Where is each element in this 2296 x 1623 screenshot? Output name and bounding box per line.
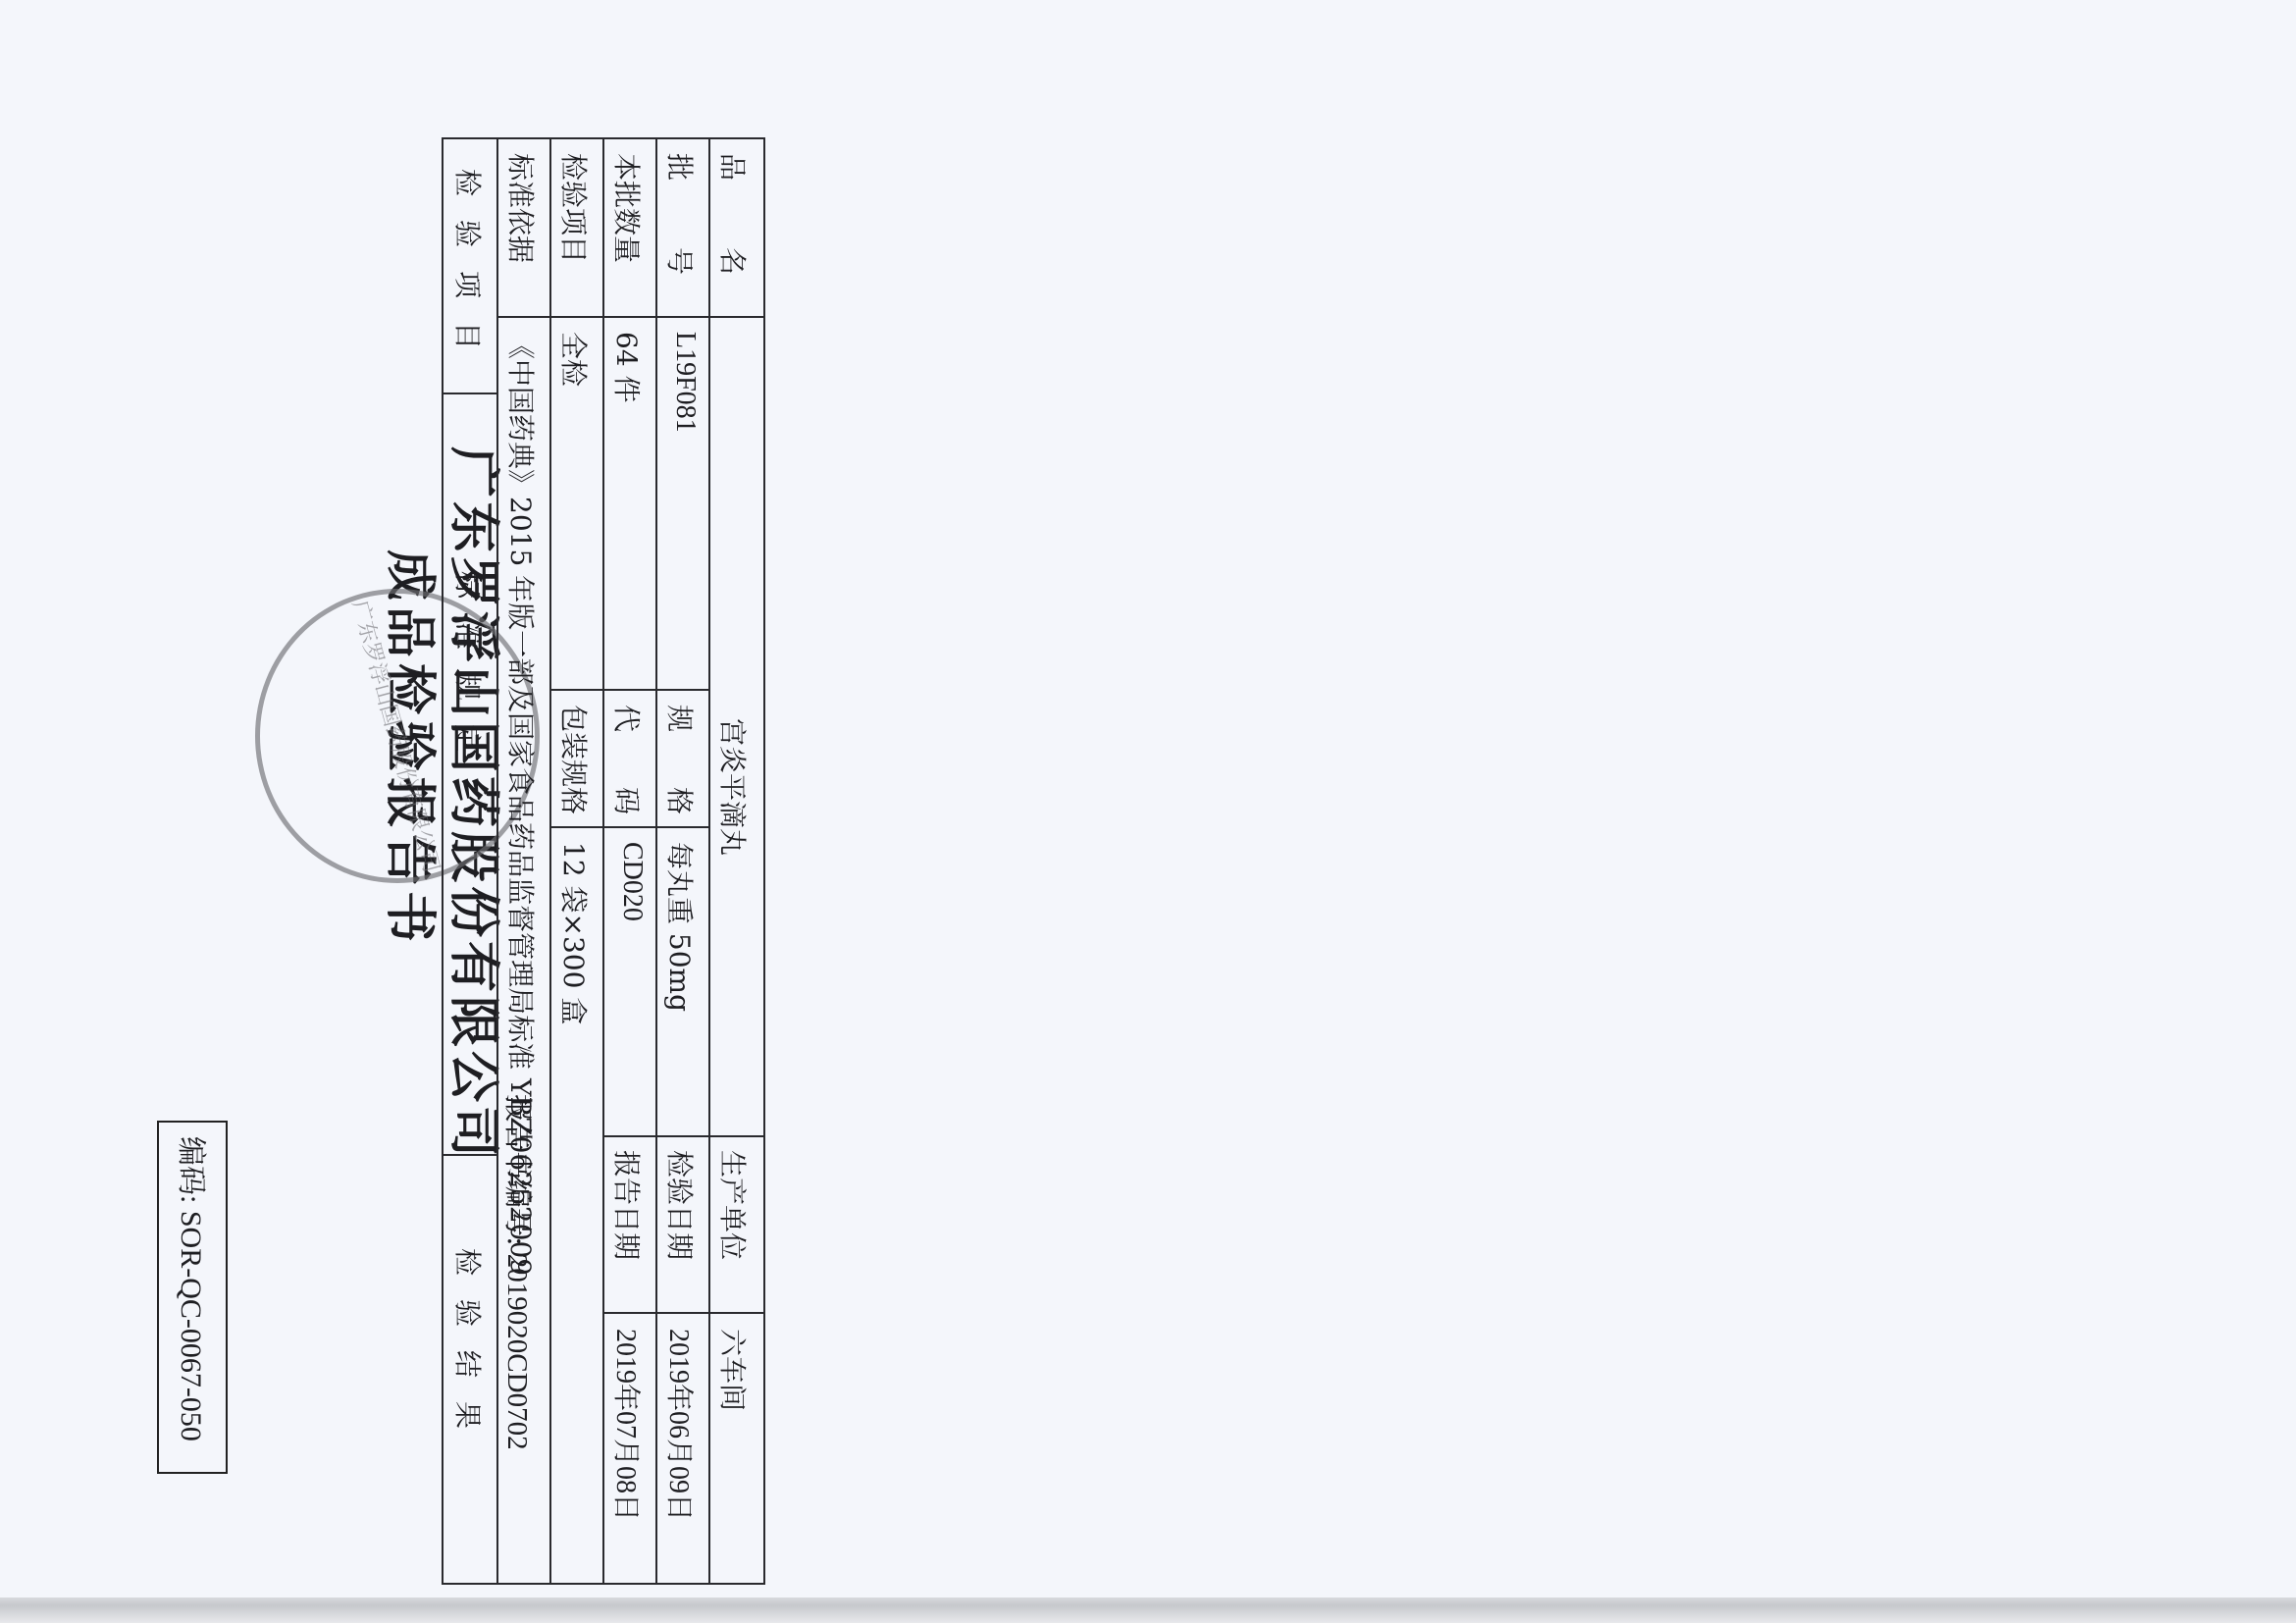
quantity: 64 件 [608,332,648,403]
inspect-items: 全检 [555,332,595,387]
product-name: 宫炎平滴丸 [714,718,754,856]
quantity-label: 本批数量 [608,153,648,263]
form-code: SOR-QC-0067-050 [175,1211,207,1441]
report-date-label: 报告日期 [608,1150,648,1260]
packaging: 12 袋×300 盒 [555,842,595,1024]
product-code: CD020 [616,842,648,921]
inspect-items-label: 检验项目 [555,153,595,263]
inspect-date: 2019年06月09日 [661,1329,701,1521]
standard-basis: 《中国药典》2015 年版一部及国家食品药品监督管理局标准 YBZ0625200… [502,332,542,1276]
col-header-item: 检验项目 [449,169,489,373]
spec: 每丸重 50mg [661,842,701,1012]
report-page: 广东罗浮山国药股份有限公司 成品检验报告书 编码: SOR-QC-0067-05… [0,0,2296,1623]
inspect-date-label: 检验日期 [661,1150,701,1260]
batch-label: 批 号 [661,153,701,294]
code-label: 代 码 [608,705,648,828]
form-code-label: 编码: [175,1136,207,1203]
standard-label: 标准依据 [502,153,542,263]
producer: 六车间 [714,1329,754,1411]
info-table: 品 名 宫炎平滴丸 生产单位 六车间 批 号 L19F081 规 格 每丸重 5… [442,137,765,1585]
col-header-standard: 标准规定 [449,571,489,775]
spec-label: 规 格 [661,705,701,828]
report-date: 2019年07月08日 [608,1329,648,1521]
producer-label: 生产单位 [714,1150,754,1260]
batch-number: L19F081 [669,332,701,433]
form-code-box: 编码: SOR-QC-0067-050 [157,1121,228,1474]
document-title: 成品检验报告书 [378,550,451,948]
col-header-result: 检验结果 [449,1248,489,1452]
packaging-label: 包装规格 [555,705,595,814]
product-name-label: 品 名 [714,153,754,294]
